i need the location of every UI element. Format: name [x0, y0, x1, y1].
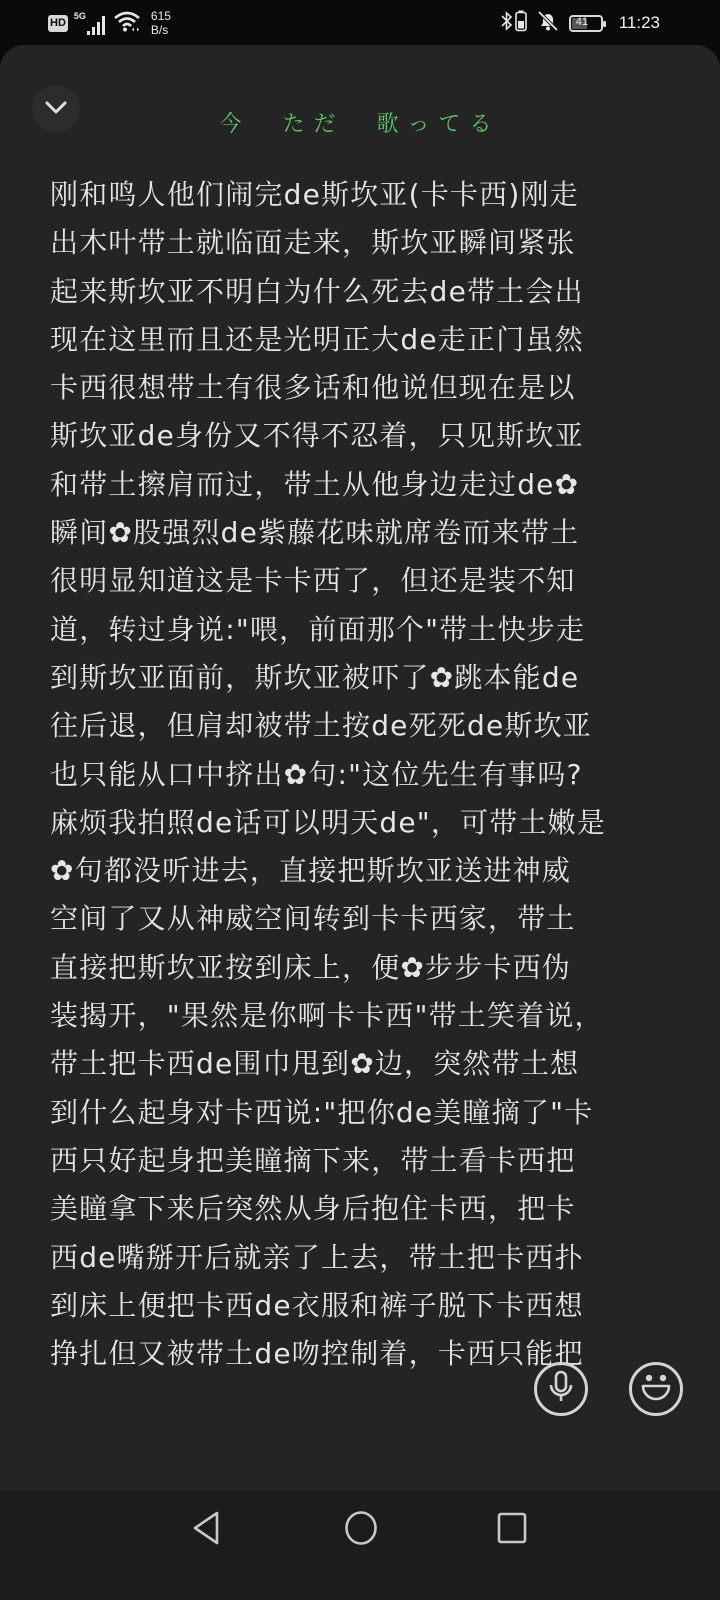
text-line: 和带土擦肩而过，带土从他身边走过de✿	[50, 461, 670, 509]
text-line: 西只好起身把美瞳摘下来，带土看卡西把	[50, 1137, 670, 1185]
microphone-icon	[546, 1370, 576, 1408]
text-line: 装揭开，"果然是你啊卡卡西"带土笑着说，	[50, 992, 670, 1040]
signal-5g-icon: 5G	[74, 11, 107, 35]
text-line: 起来斯坎亚不明白为什么死去de带土会出	[50, 268, 670, 316]
text-line: 刚和鸣人他们闹完de斯坎亚(卡卡西)刚走	[50, 171, 670, 219]
battery-icon: 41	[569, 15, 603, 32]
wifi-icon	[113, 10, 141, 36]
network-type-label: 5G	[74, 11, 86, 21]
text-line: 到床上便把卡西de衣服和裤子脱下卡西想	[50, 1282, 670, 1330]
text-line: 很明显知道这是卡卡西了，但还是装不知	[50, 557, 670, 605]
home-circle-icon	[344, 1510, 378, 1550]
text-line: 直接把斯坎亚按到床上，便✿步步卡西伪	[50, 944, 670, 992]
text-line: 道，转过身说:"喂，前面那个"带土快步走	[50, 606, 670, 654]
recent-apps-square-icon	[496, 1511, 528, 1549]
text-line: 瞬间✿股强烈de紫藤花味就席卷而来带土	[50, 509, 670, 557]
text-line: 带土把卡西de围巾甩到✿边，突然带土想	[50, 1040, 670, 1088]
back-triangle-icon	[191, 1510, 221, 1550]
text-line: 卡西很想带土有很多话和他说但现在是以	[50, 364, 670, 412]
text-line: 空间了又从神威空间转到卡卡西家，带土	[50, 895, 670, 943]
emoji-button[interactable]	[629, 1362, 683, 1416]
text-line: 也只能从口中挤出✿句:"这位先生有事吗?	[50, 751, 670, 799]
text-line: 到什么起身对卡西说:"把你de美瞳摘了"卡	[50, 1089, 670, 1137]
text-line: 到斯坎亚面前，斯坎亚被吓了✿跳本能de	[50, 654, 670, 702]
hd-icon: HD	[48, 15, 68, 32]
text-line: ✿句都没听进去，直接把斯坎亚送进神威	[50, 847, 670, 895]
text-line: 西de嘴掰开后就亲了上去，带土把卡西扑	[50, 1234, 670, 1282]
smiley-face-icon	[638, 1372, 674, 1406]
net-speed-value: 615	[151, 9, 171, 23]
lyrics-sheet: 今 ただ 歌ってる 刚和鸣人他们闹完de斯坎亚(卡卡西)刚走 出木叶带土就临面走…	[0, 45, 720, 1490]
bell-muted-icon	[537, 10, 559, 36]
system-nav-bar	[0, 1490, 720, 1600]
nav-home-button[interactable]	[341, 1510, 381, 1550]
text-scroll-area[interactable]: 刚和鸣人他们闹完de斯坎亚(卡卡西)刚走 出木叶带土就临面走来，斯坎亚瞬间紧张 …	[0, 45, 720, 1380]
nav-back-button[interactable]	[186, 1510, 226, 1550]
text-line: 美瞳拿下来后突然从身后抱住卡西，把卡	[50, 1185, 670, 1233]
status-bar: HD 5G 615 B/s	[0, 0, 720, 45]
status-bar-right: 41 11:23	[501, 8, 660, 38]
text-line: 麻烦我拍照de话可以明天de"，可带土嫩是	[50, 799, 670, 847]
text-line: 出木叶带土就临面走来，斯坎亚瞬间紧张	[50, 219, 670, 267]
device-battery-icon	[515, 10, 527, 36]
body-text: 刚和鸣人他们闹完de斯坎亚(卡卡西)刚走 出木叶带土就临面走来，斯坎亚瞬间紧张 …	[50, 171, 670, 1378]
network-speed: 615 B/s	[151, 9, 171, 37]
text-line: 往后退，但肩却被带土按de死死de斯坎亚	[50, 702, 670, 750]
status-bar-left: HD 5G 615 B/s	[48, 6, 171, 40]
clock: 11:23	[619, 13, 660, 33]
voice-input-button[interactable]	[534, 1362, 588, 1416]
text-line: 斯坎亚de身份又不得不忍着，只见斯坎亚	[50, 412, 670, 460]
nav-recent-apps-button[interactable]	[492, 1510, 532, 1550]
bluetooth-icon	[501, 11, 513, 35]
net-speed-unit: B/s	[151, 23, 171, 37]
text-line: 现在这里而且还是光明正大de走正门虽然	[50, 316, 670, 364]
battery-level: 41	[571, 16, 606, 28]
